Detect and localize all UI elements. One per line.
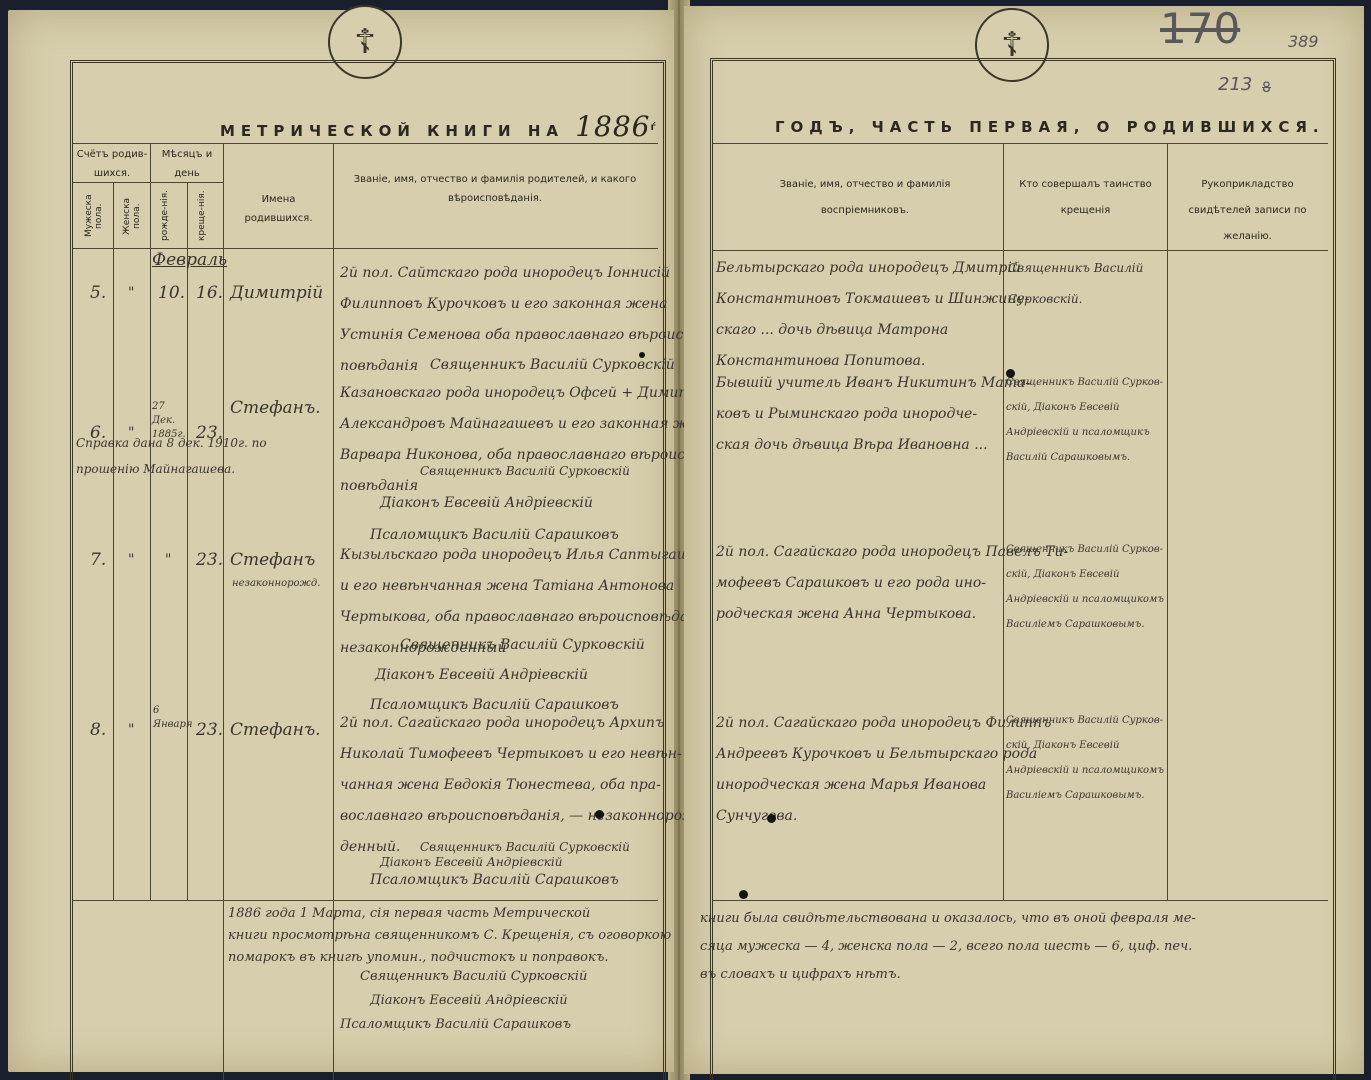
signature: Священникъ Василій Сурковскій: [390, 350, 675, 381]
header-birth-count: Счётъ родив-шихся.: [76, 145, 148, 183]
signature: Священникъ Василій Сурковскій: [400, 630, 645, 661]
birth-day: 6 Января: [153, 704, 189, 732]
header-baptism-day: креще-нія.: [197, 188, 207, 244]
baptism-day: 16.: [196, 278, 223, 309]
child-name: Стефанъ.: [230, 393, 321, 424]
title-year: 1886: [575, 110, 650, 143]
male-count: 7.: [90, 545, 106, 576]
signature: Священникъ Василій Сурковскій: [420, 456, 630, 487]
closing-signatures: Священникъ Василій Сурковскій Діаконъ Ев…: [360, 965, 587, 1037]
male-count: 8.: [90, 715, 106, 746]
female-count: ": [128, 715, 134, 746]
performed-by-text: Священникъ Василій Сурковскій.: [1008, 253, 1143, 315]
birth-day: 10.: [158, 278, 185, 309]
header-bottom-rule: [713, 250, 1328, 251]
closing-note: 1886 года 1 Марта, сія первая часть Метр…: [228, 903, 671, 969]
header-top-rule: [713, 143, 1328, 144]
header-male: Мужеска пола.: [84, 188, 104, 244]
female-count: ": [128, 545, 134, 576]
ink-blot: [595, 810, 604, 819]
performed-by-text: Священникъ Василій Сурков- скій, Діаконъ…: [1006, 370, 1163, 470]
col-divider: [1167, 143, 1168, 900]
header-names: Имена родившихся.: [226, 190, 331, 228]
ink-blot: [767, 814, 776, 823]
archive-number-pencil: 170: [1160, 4, 1240, 53]
header-top-rule: [73, 143, 658, 144]
col-divider: [113, 182, 114, 900]
closing-note: книги была свидѣтельствована и оказалось…: [700, 905, 1196, 989]
godparents-text: 2й пол. Сагайскаго рода инородецъ Филипп…: [716, 708, 1051, 832]
title-prefix: МЕТРИЧЕСКОЙ КНИГИ НА: [220, 122, 564, 140]
baptism-day: 23.: [196, 545, 223, 576]
sheet-number-pencil: 389: [1288, 32, 1319, 51]
header-godparents: Званіе, имя, отчество и фамилія воспріем…: [740, 172, 990, 224]
col-divider: [223, 143, 224, 1080]
records-end-rule: [73, 900, 658, 901]
title-year-suffix: ѓ: [650, 122, 655, 133]
header-parents: Званіе, имя, отчество и фамилія родителе…: [345, 170, 645, 208]
header-performed-by: Кто совершалъ таинство крещенія: [1008, 172, 1163, 224]
male-count: 5.: [90, 278, 106, 309]
performed-by-text: Священникъ Василій Сурков- скій, Діаконъ…: [1006, 708, 1164, 808]
header-birth-day: рожде-нія.: [160, 188, 170, 244]
signature: Діаконъ Евсевій Андріевскій: [380, 488, 593, 519]
month-label: Февраль: [152, 245, 227, 276]
godparents-text: Бывшій учитель Иванъ Никитинъ Мата- ковъ…: [716, 368, 1030, 461]
folio-number-pencil: 213: [1218, 74, 1252, 95]
certificate-note: Справка дана 8 дек. 1910г. по прошенію М…: [76, 430, 326, 482]
header-month-day: Мѣсяцъ и день: [152, 145, 222, 183]
header-witnesses: Рукоприкладство свидѣтелей записи по жел…: [1170, 172, 1325, 250]
records-end-rule: [713, 900, 1328, 901]
child-name: Димитрій: [230, 278, 323, 309]
ink-blot: [739, 890, 748, 899]
crossed-number-pencil: 8: [1262, 80, 1271, 96]
col-divider: [187, 182, 188, 900]
birth-day: ": [165, 545, 171, 576]
header-female: Женска пола.: [122, 188, 142, 244]
left-page-title: МЕТРИЧЕСКОЙ КНИГИ НА 1886ѓ: [220, 110, 656, 143]
female-count: ": [128, 278, 134, 309]
signature: Псаломщикъ Василій Сарашковъ: [370, 865, 619, 896]
signature: Діаконъ Евсевій Андріевскій: [375, 660, 588, 691]
godparents-text: Бельтырскаго рода инородецъ Дмитрій Конс…: [716, 253, 1029, 377]
col-divider: [150, 143, 151, 900]
baptism-day: 23.: [196, 715, 223, 746]
right-page-title: ГОДЪ, ЧАСТЬ ПЕРВАЯ, О РОДИВШИХСЯ.: [775, 118, 1325, 136]
name-note: незаконнорожд.: [232, 568, 320, 599]
ink-blot: [1006, 369, 1015, 378]
ink-blot: [639, 352, 645, 358]
performed-by-text: Священникъ Василій Сурков- скій, Діаконъ…: [1006, 537, 1164, 637]
child-name: Стефанъ.: [230, 715, 321, 746]
